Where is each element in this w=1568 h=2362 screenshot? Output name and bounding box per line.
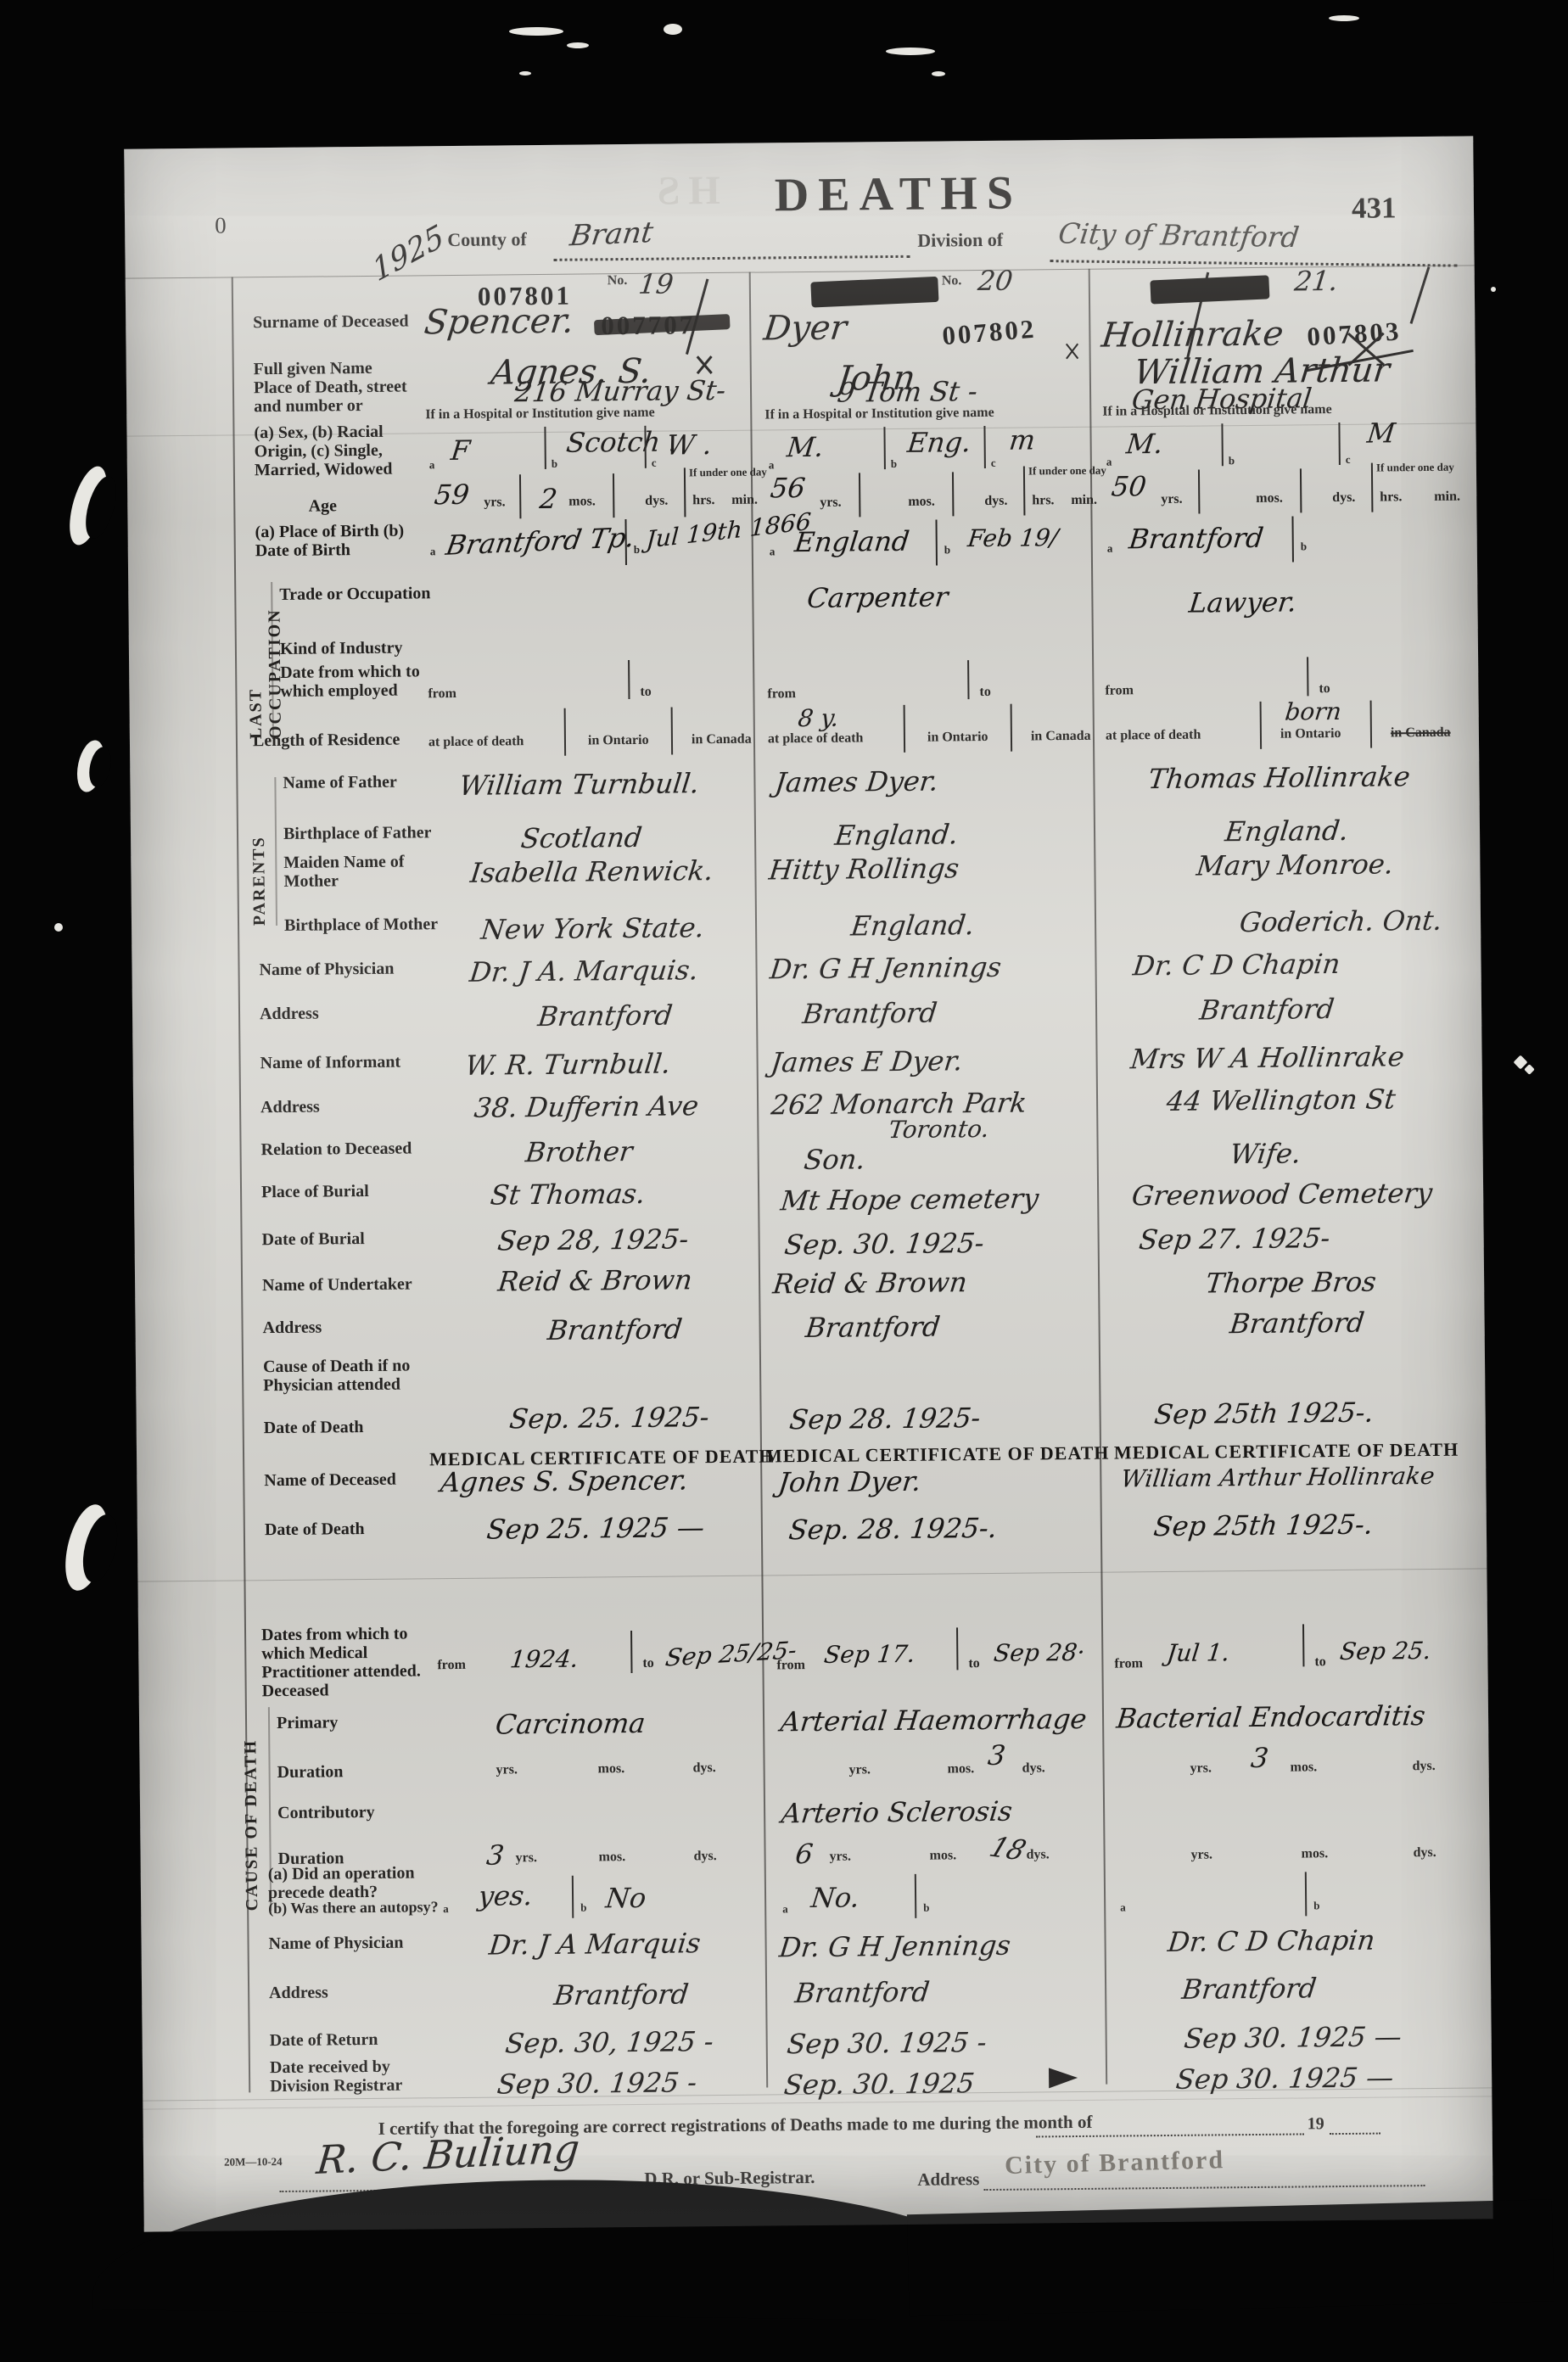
reg-no-label-1: No.	[608, 273, 628, 288]
hospital-sublabel: If in a Hospital or Institution give nam…	[1102, 402, 1332, 420]
certify-year: 19	[1308, 2114, 1324, 2134]
parents-bracket	[274, 777, 277, 926]
marital-value: W .	[664, 428, 714, 462]
sub-hrs: hrs.	[692, 493, 714, 508]
year-note: 1925	[368, 218, 448, 288]
sub-mos: mos.	[1256, 491, 1283, 507]
sub-dys: dys.	[694, 1849, 717, 1864]
sub-mos: mos.	[598, 1761, 625, 1777]
sub-dys: dys.	[984, 494, 1007, 509]
undertaker-address-value: Brantford	[546, 1313, 684, 1346]
ghost-bleed-text: HS	[648, 167, 720, 215]
label-mother-birthplace: Birthplace of Mother	[284, 915, 458, 935]
father-birthplace-value: Scotland	[519, 821, 644, 854]
attended-to-value: Sep 28·	[992, 1638, 1086, 1667]
hospital-sublabel: If in a Hospital or Institution give nam…	[764, 406, 994, 423]
certificate-name-value: John Dyer.	[776, 1465, 922, 1499]
sub-b: b	[552, 457, 557, 471]
sub-from: from	[437, 1658, 466, 1673]
primary-duration-months-value: 3	[1249, 1742, 1270, 1774]
marital-value: M	[1365, 417, 1397, 449]
age-years-value: 56	[769, 472, 807, 504]
marital-value: m	[1007, 423, 1037, 456]
label-surname: Surname of Deceased	[253, 311, 427, 332]
father-value: William Turnbull.	[457, 767, 701, 802]
label-place-of-death: Place of Death, street and number or	[254, 377, 428, 416]
divider-tick	[1291, 516, 1294, 562]
registrar-signature: R. C. Buliung	[315, 2125, 582, 2183]
informant-value: Mrs W A Hollinrake	[1128, 1040, 1405, 1075]
label-industry: Kind of Industry	[280, 638, 454, 658]
sub-b: b	[1313, 1899, 1319, 1912]
label-burial-place: Place of Burial	[261, 1181, 435, 1201]
father-value: Thomas Hollinrake	[1146, 760, 1412, 795]
burial-date-value: Sep 27. 1925-	[1137, 1222, 1331, 1256]
county-rule	[554, 255, 910, 261]
sub-a: a	[1120, 1900, 1126, 1914]
sub-dys: dys.	[693, 1760, 716, 1776]
physician-address-value: Brantford	[536, 999, 675, 1033]
attended-from-value: Jul 1.	[1165, 1638, 1231, 1667]
father-birthplace-value: England.	[1224, 814, 1350, 848]
film-speck	[509, 27, 563, 36]
sub-b: b	[891, 457, 897, 471]
sub-mos: mos.	[908, 495, 935, 510]
label-informant: Name of Informant	[260, 1052, 434, 1072]
divider-tick	[952, 472, 954, 516]
label-mother: Maiden Name of Mother	[283, 852, 419, 891]
label-address-4: Address	[269, 1982, 443, 2002]
physician-address-value: Brantford	[1198, 993, 1336, 1027]
physician-address-value: Brantford	[801, 997, 939, 1031]
trade-value: Carpenter	[805, 580, 949, 614]
hospital-sublabel: If in a Hospital or Institution give nam…	[425, 406, 655, 423]
sex-value: M.	[1124, 428, 1164, 460]
divider-tick	[671, 708, 674, 755]
sub-dys: dys.	[1413, 1759, 1436, 1774]
physician2-address-value: Brantford	[793, 1976, 932, 2010]
divider-tick	[956, 1627, 958, 1670]
date-of-death-value: Sep 25th 1925-.	[1152, 1396, 1375, 1431]
informant-value: W. R. Turnbull.	[463, 1048, 672, 1082]
sub-hrs: hrs.	[1032, 493, 1054, 508]
sub-from: from	[767, 686, 796, 702]
attended-from-value: Sep 17.	[822, 1640, 916, 1669]
divider-tick	[983, 426, 985, 468]
undertaker-value: Reid & Brown	[496, 1263, 694, 1297]
sub-dys: dys.	[1332, 490, 1355, 506]
sub-to: to	[640, 685, 652, 700]
father-value: James Dyer.	[773, 764, 940, 798]
label-cause-no-physician: Cause of Death if no Physician attended	[263, 1356, 437, 1395]
label-relation: Relation to Deceased	[260, 1139, 434, 1159]
mother-birthplace-value: New York State.	[479, 911, 706, 946]
sub-from: from	[1114, 1656, 1143, 1671]
date-received-value: Sep 30. 1925 —	[1174, 2061, 1395, 2096]
mother-value: Hitty Rollings	[767, 852, 960, 886]
mother-value: Mary Monroe.	[1195, 848, 1395, 882]
division-label: Division of	[917, 229, 1003, 252]
certificate-date-of-death-value: Sep. 28. 1925-.	[787, 1512, 999, 1546]
relation-value: Son.	[803, 1143, 867, 1176]
sub-to: to	[1319, 681, 1330, 697]
reg-no-1: 19	[637, 267, 675, 299]
physician2-value: Dr. J A Marquis	[487, 1927, 702, 1961]
operation-value: yes.	[477, 1879, 535, 1912]
label-undertaker: Name of Undertaker	[262, 1274, 436, 1295]
registrar-address-label: Address	[917, 2169, 979, 2191]
birth-place-value: England	[793, 525, 911, 558]
mother-birthplace-value: England.	[849, 909, 976, 942]
label-last-occupation: LAST OCCUPATION	[245, 582, 286, 739]
certificate-date-of-death-value: Sep 25. 1925 —	[485, 1511, 706, 1546]
sex-value: F	[450, 434, 473, 467]
sub-min: min.	[731, 493, 758, 508]
sub-mos: mos.	[930, 1848, 957, 1863]
birth-date-value: Feb 19/	[966, 523, 1060, 552]
column-divider-2	[1089, 269, 1108, 2085]
physician-value: Dr. J A. Marquis.	[468, 954, 700, 988]
county-value: Brant	[568, 215, 655, 253]
label-burial-date: Date of Burial	[261, 1229, 435, 1249]
sub-in-ontario: in Ontario	[1280, 726, 1341, 742]
divider-tick	[1302, 1624, 1304, 1666]
attended-from-value: 1924.	[508, 1645, 580, 1674]
sub-to: to	[1314, 1654, 1326, 1670]
sub-mos: mos.	[1291, 1760, 1318, 1775]
certificate-date-of-death-value: Sep 25th 1925-.	[1152, 1508, 1375, 1543]
label-parents: PARENTS	[249, 777, 270, 926]
label-address-2: Address	[260, 1096, 434, 1117]
sub-b: b	[944, 543, 950, 557]
certify-year-rule	[1330, 2133, 1380, 2135]
label-father-birthplace: Birthplace of Father	[283, 823, 457, 843]
contrib-duration-days-value: 18	[985, 1830, 1030, 1867]
page-number: 431	[1352, 191, 1397, 226]
film-speck	[567, 42, 589, 48]
label-primary: Primary	[277, 1712, 451, 1732]
divider-tick	[628, 660, 630, 699]
divider-tick	[1300, 468, 1302, 512]
sub-under-one-day: If under one day	[1028, 464, 1106, 479]
date-of-death-value: Sep. 25. 1925-	[507, 1401, 710, 1435]
sub-min: min.	[1434, 490, 1460, 505]
autopsy-value: No	[604, 1882, 648, 1914]
divider-tick	[1198, 470, 1200, 514]
primary-cause-value: Arterial Haemorrhage	[779, 1703, 1089, 1738]
date-of-return-value: Sep 30. 1925 —	[1183, 2020, 1403, 2055]
date-received-value: Sep 30. 1925 -	[496, 2066, 698, 2100]
date-of-return-value: Sep 30. 1925 -	[786, 2026, 988, 2060]
sub-hrs: hrs.	[1380, 490, 1402, 505]
sub-mos: mos.	[948, 1761, 975, 1777]
trade-value: Lawyer.	[1187, 585, 1298, 618]
label-trade: Trade or Occupation	[279, 584, 453, 604]
reg-stamp-3: 007803	[1306, 316, 1402, 352]
struck-stamp-r3	[1150, 275, 1269, 304]
sub-at-place: at place of death	[768, 730, 864, 747]
label-address-3: Address	[262, 1317, 436, 1337]
film-speck	[1491, 287, 1496, 292]
divider-tick	[1370, 701, 1373, 748]
divider-tick	[1023, 467, 1026, 516]
form-code: 20M—10-24	[224, 2155, 283, 2169]
divider-tick	[630, 1631, 632, 1673]
film-speck-chevron	[1524, 1064, 1535, 1075]
sub-b: b	[1229, 454, 1235, 467]
burial-place-value: St Thomas.	[489, 1178, 647, 1212]
physician2-value: Dr. C D Chapin	[1166, 1924, 1376, 1958]
contributory-value: Arterio Sclerosis	[780, 1795, 1014, 1830]
sub-yrs: yrs.	[516, 1850, 537, 1866]
sub-in-canada: in Canada	[1031, 729, 1091, 745]
reg-no-label-2: No.	[942, 273, 962, 288]
date-of-return-value: Sep. 30, 1925 -	[504, 2025, 715, 2059]
slash-stroke-r3	[1410, 266, 1431, 324]
relation-value: Brother	[524, 1135, 634, 1168]
label-date-of-return: Date of Return	[270, 2029, 444, 2050]
father-birthplace-value: England.	[833, 818, 960, 851]
sub-a: a	[770, 545, 776, 558]
racial-origin-value: Scotch .	[564, 425, 679, 458]
reg-stamp-2: 007802	[941, 314, 1038, 352]
sub-b: b	[580, 1901, 586, 1915]
sub-c: c	[1346, 453, 1351, 467]
label-date-of-death: Date of Death	[264, 1417, 438, 1437]
primary-cause-value: Carcinoma	[494, 1707, 647, 1741]
certificate-name-value: Agnes S. Spencer.	[439, 1464, 690, 1498]
divider-tick	[904, 705, 906, 753]
surname-value: Dyer	[762, 308, 849, 348]
label-father: Name of Father	[283, 772, 456, 792]
sub-dys: dys.	[1022, 1760, 1045, 1776]
residence-ontario-value: born	[1284, 697, 1343, 726]
arrow-mark-r2	[1049, 2068, 1078, 2088]
divider-tick	[1307, 657, 1308, 696]
operation-value: No.	[809, 1881, 861, 1914]
sub-to: to	[979, 685, 991, 700]
label-birth: (a) Place of Birth (b) Date of Birth	[255, 521, 428, 560]
divider-tick	[1305, 1872, 1307, 1916]
physician2-address-value: Brantford	[1180, 1972, 1319, 2006]
attended-to-value: Sep 25.	[1338, 1637, 1432, 1665]
label-practitioner-dates: Dates from which to which Medical Practi…	[261, 1624, 445, 1700]
divider-tick	[915, 1874, 916, 1918]
informant-address-value: 38. Dufferin Ave	[473, 1089, 700, 1124]
primary-duration-days-value: 3	[986, 1739, 1007, 1771]
sub-dys: dys.	[645, 494, 668, 509]
age-months-value: 2	[538, 483, 559, 515]
label-cause-of-death: CAUSE OF DEATH	[241, 1707, 262, 1911]
burial-place-value: Mt Hope cemetery	[779, 1182, 1040, 1217]
contrib-duration-years-value: 6	[793, 1838, 815, 1870]
label-deceased-name: Name of Deceased	[264, 1469, 438, 1490]
divider-tick	[1221, 423, 1223, 466]
age-years-value: 59	[433, 479, 471, 511]
sub-in-canada-struck: in Canada	[1391, 725, 1451, 742]
film-edge-strip	[907, 2199, 1554, 2316]
sub-a: a	[1107, 542, 1113, 556]
sub-c: c	[991, 456, 996, 470]
sub-yrs: yrs.	[1161, 492, 1182, 507]
surname-value: Spencer.	[423, 302, 576, 343]
physician-value: Dr. G H Jennings	[768, 951, 1003, 986]
physician2-address-value: Brantford	[552, 1978, 691, 2012]
sub-a: a	[769, 458, 775, 472]
label-duration-1: Duration	[277, 1761, 451, 1782]
sub-b: b	[634, 543, 640, 557]
sub-min: min.	[1071, 493, 1097, 508]
divider-tick	[883, 427, 885, 469]
film-speck	[664, 24, 682, 35]
sub-in-canada: in Canada	[692, 732, 752, 748]
sub-in-ontario: in Ontario	[927, 730, 988, 746]
age-years-value: 50	[1110, 470, 1148, 502]
sub-to: to	[968, 1656, 980, 1671]
sub-in-ontario: in Ontario	[588, 733, 649, 749]
sex-value: M.	[786, 431, 826, 463]
film-speck	[54, 923, 63, 932]
residence-at-place-value: 8 y.	[797, 704, 840, 732]
sub-yrs: yrs.	[849, 1762, 871, 1777]
undertaker-value: Thorpe Bros	[1204, 1266, 1378, 1300]
date-of-death-value: Sep 28. 1925-	[788, 1402, 983, 1436]
label-operation: (a) Did an operation precede death?	[268, 1863, 442, 1902]
division-value: City of Brantford	[1056, 216, 1301, 254]
sub-dys: dys.	[1414, 1845, 1436, 1861]
physician2-value: Dr. G H Jennings	[777, 1929, 1012, 1964]
label-autopsy: (b) Was there an autopsy?	[268, 1899, 442, 1917]
reg-no-3: 21.	[1293, 265, 1340, 298]
struck-stamp-r2	[810, 277, 938, 308]
sub-a: a	[429, 458, 435, 472]
sub-yrs: yrs.	[830, 1850, 851, 1865]
burial-date-value: Sep 28, 1925-	[496, 1223, 690, 1257]
burial-place-value: Greenwood Cemetery	[1130, 1177, 1434, 1212]
birth-date-value: Jul 19th 1866	[645, 507, 811, 554]
sub-b: b	[923, 1901, 929, 1915]
film-speck	[519, 71, 531, 76]
sub-yrs: yrs.	[496, 1762, 518, 1777]
sub-from: from	[428, 686, 456, 702]
divider-tick	[859, 473, 860, 517]
sub-at-place: at place of death	[428, 734, 524, 750]
divider-tick	[613, 473, 614, 518]
sub-a: a	[443, 1902, 449, 1916]
address-rule	[983, 2185, 1425, 2191]
medical-certificate-heading: MEDICAL CERTIFICATE OF DEATH	[1108, 1439, 1464, 1464]
sub-yrs: yrs.	[820, 495, 841, 511]
divider-tick	[564, 708, 567, 756]
film-speck	[886, 48, 935, 55]
medical-certificate-heading: MEDICAL CERTIFICATE OF DEATH	[764, 1442, 1095, 1468]
label-date-received: Date received by Division Registrar	[270, 2057, 444, 2096]
sub-under-one-day: If under one day	[689, 465, 767, 479]
sub-from: from	[1105, 683, 1134, 698]
column-divider-1	[749, 272, 769, 2088]
label-date-of-death-2: Date of Death	[265, 1519, 439, 1539]
divider-tick	[1011, 704, 1013, 752]
sub-a: a	[1106, 456, 1112, 469]
table-top-rule	[126, 265, 1475, 278]
divider-tick	[572, 1876, 574, 1918]
label-sex-origin: (a) Sex, (b) Racial Origin, (c) Single, …	[254, 422, 428, 479]
physician-value: Dr. C D Chapin	[1131, 948, 1341, 982]
racial-origin-value: Eng.	[905, 426, 972, 459]
stray-zero-mark: 0	[215, 213, 227, 239]
label-physician: Name of Physician	[259, 959, 433, 979]
birth-place-value: Brantford	[1128, 522, 1266, 556]
divider-tick	[1371, 463, 1374, 512]
sub-mos: mos.	[599, 1850, 626, 1865]
label-contributory: Contributory	[277, 1802, 451, 1822]
contrib-duration-years-value: 3	[484, 1839, 506, 1871]
sub-under-one-day: If under one day	[1376, 461, 1454, 475]
divider-tick	[1260, 702, 1263, 749]
crease-line-2	[137, 1568, 1487, 1581]
surname-value: Hollinrake	[1100, 315, 1285, 355]
county-label: County of	[447, 228, 527, 251]
certify-month-rule	[1036, 2133, 1304, 2137]
sub-a: a	[430, 545, 436, 558]
mother-value: Isabella Renwick.	[468, 854, 714, 889]
sub-dys: dys.	[1027, 1847, 1050, 1862]
mother-birthplace-value: Goderich. Ont.	[1238, 904, 1444, 938]
address-stamp: City of Brantford	[1005, 2146, 1225, 2180]
film-speck	[1329, 15, 1359, 21]
label-residence: Length of Residence	[253, 730, 448, 750]
sub-a: a	[782, 1902, 788, 1916]
relation-value: Wife.	[1229, 1137, 1303, 1170]
undertaker-value: Reid & Brown	[771, 1266, 969, 1300]
divider-tick	[967, 660, 969, 699]
register-page: HS DEATHS 431 0 County of Brant Division…	[124, 136, 1492, 2231]
sub-from: from	[776, 1658, 805, 1673]
primary-cause-value: Bacterial Endocarditis	[1115, 1699, 1427, 1735]
sub-yrs: yrs.	[1190, 1760, 1212, 1776]
undertaker-address-value: Brantford	[1228, 1307, 1366, 1341]
label-address-1: Address	[260, 1003, 434, 1023]
sub-to: to	[642, 1656, 654, 1671]
sub-yrs: yrs.	[1191, 1847, 1212, 1862]
microfilm-scan: { "header": { "title": "DEATHS", "page_n…	[0, 0, 1568, 2362]
date-received-value: Sep. 30. 1925	[782, 2067, 976, 2101]
place-of-death-value: 216 Murray St-	[513, 374, 727, 408]
label-given-name: Full given Name	[254, 358, 428, 378]
reg-no-2: 20	[977, 265, 1015, 297]
film-edge-blob	[92, 2174, 1011, 2321]
birth-place-value: Brantford Tp.	[444, 521, 637, 562]
sub-at-place: at place of death	[1106, 728, 1201, 744]
label-physician-2: Name of Physician	[268, 1933, 442, 1953]
sub-mos: mos.	[1302, 1846, 1329, 1861]
film-speck	[932, 71, 945, 76]
certificate-name-value: William Arthur Hollinrake	[1119, 1462, 1436, 1493]
divider-tick	[684, 467, 686, 517]
divider-tick	[935, 520, 938, 566]
sub-yrs: yrs.	[484, 495, 505, 510]
page-title: DEATHS	[775, 166, 1023, 223]
divider-tick	[519, 474, 521, 518]
sub-c: c	[652, 456, 657, 470]
informant-value: James E Dyer.	[769, 1044, 964, 1078]
sub-mos: mos.	[568, 494, 596, 509]
undertaker-address-value: Brantford	[804, 1310, 942, 1344]
sub-b: b	[1301, 540, 1307, 553]
place-of-death-value: 9 Tom St -	[836, 375, 979, 409]
divider-tick	[544, 427, 546, 469]
informant-address2-value: Toronto.	[888, 1115, 991, 1144]
